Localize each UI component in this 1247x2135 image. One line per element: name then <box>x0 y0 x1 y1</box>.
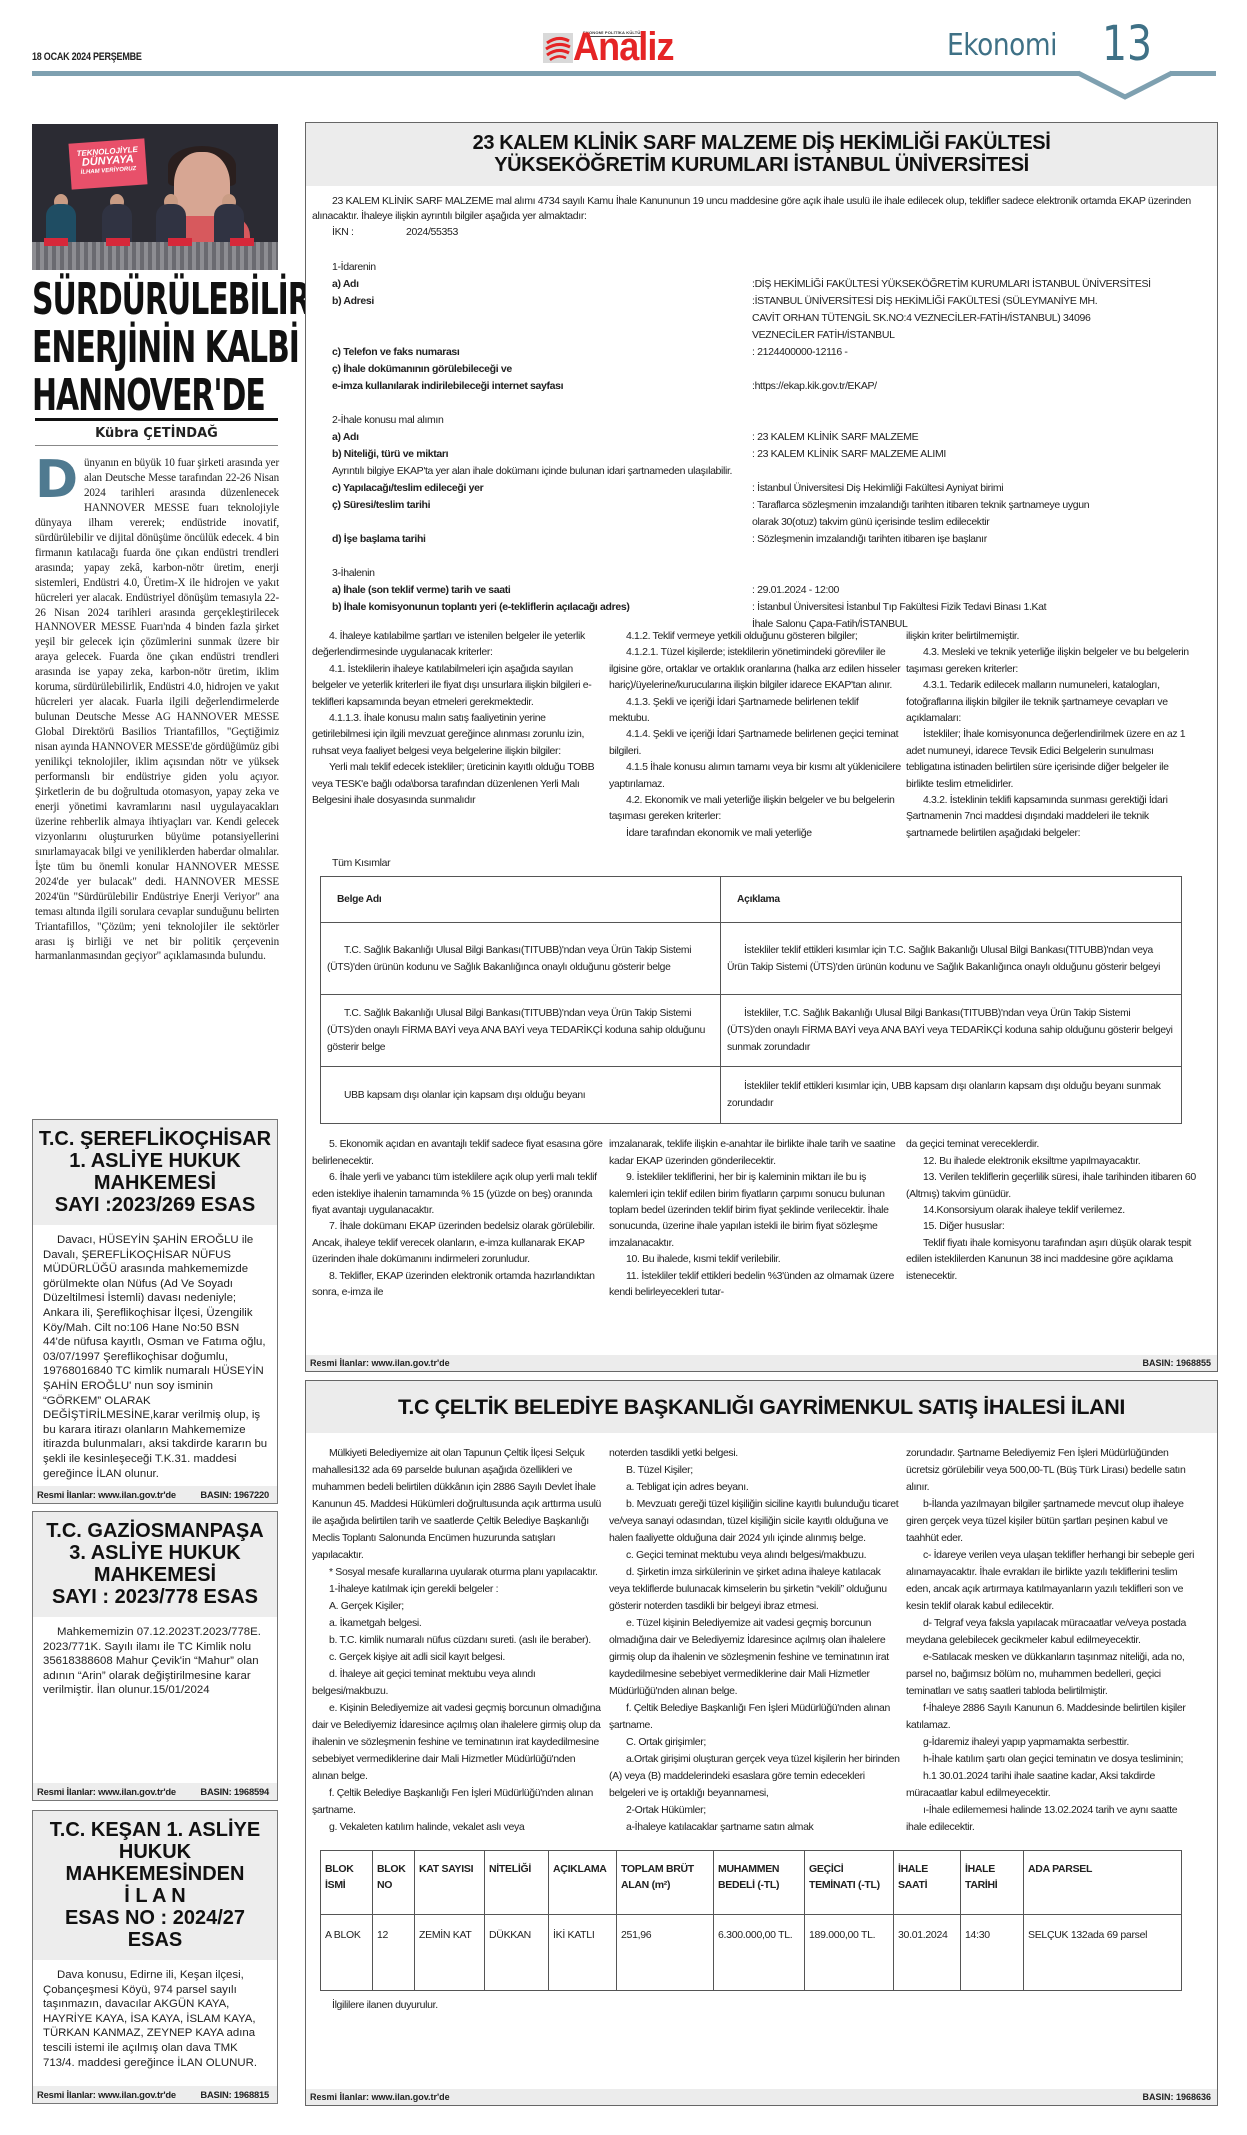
tender-press-number: BASIN: 1968855 <box>1142 1358 1211 1368</box>
byline-divider <box>35 418 278 421</box>
section-1-administration: 1-İdarenin a) Adı:DİŞ HEKİMLİĞİ FAKÜLTES… <box>312 259 1197 628</box>
notice-title: T.C. KEŞAN 1. ASLİYE HUKUK MAHKEMESİNDEN… <box>33 1811 277 1960</box>
header-rule-right <box>1170 71 1216 76</box>
table-header-row: Belge Adı Açıklama <box>321 877 1182 923</box>
tender-footer-link[interactable]: Resmi İlanlar: www.ilan.gov.tr'de <box>310 1358 450 1368</box>
table-header-row: BLOK İSMİ BLOK NO KAT SAYISI NİTELİĞİ AÇ… <box>321 1851 1182 1915</box>
conditions-col-2: 4.1.2. Teklif vermeye yetkili olduğunu g… <box>609 628 901 841</box>
celtik-closing: İlgililere ilanen duyurulur. <box>332 1997 1205 2014</box>
notice-kesan: T.C. KEŞAN 1. ASLİYE HUKUK MAHKEMESİNDEN… <box>32 1810 278 2104</box>
celtik-details: Mülkiyeti Belediyemize ait olan Tapunun … <box>306 1433 1217 2014</box>
property-table: BLOK İSMİ BLOK NO KAT SAYISI NİTELİĞİ AÇ… <box>320 1850 1182 1991</box>
table-row: UBB kapsam dışı olanlar için kapsam dışı… <box>321 1067 1182 1124</box>
celtik-col-3: zorundadır. Şartname Belediyemiz Fen İşl… <box>906 1445 1198 1836</box>
tender-footer: Resmi İlanlar: www.ilan.gov.tr'de BASIN:… <box>306 1355 1217 1371</box>
celtik-columns: Mülkiyeti Belediyemize ait olan Tapunun … <box>312 1445 1205 1836</box>
notice-gaziosmanpasa: T.C. GAZİOSMANPAŞA 3. ASLİYE HUKUK MAHKE… <box>32 1511 278 1801</box>
logo-wordmark: Analiz <box>573 27 674 67</box>
celtik-footer-link[interactable]: Resmi İlanlar: www.ilan.gov.tr'de <box>310 2092 450 2102</box>
tender-details: 23 KALEM KLİNİK SARF MALZEME mal alımı 4… <box>306 186 1217 1300</box>
tender-conditions-columns-2: 5. Ekonomik açıdan en avantajlı teklif s… <box>312 1136 1197 1300</box>
conditions-col-2: imzalanarak, teklife ilişkin e-anahtar i… <box>609 1136 901 1300</box>
notice-body: Davacı, HÜSEYİN ŞAHİN EROĞLU ile Davalı,… <box>33 1225 277 1487</box>
notice-press-number: BASIN: 1968815 <box>200 2089 269 2100</box>
notice-press-number: BASIN: 1967220 <box>200 1489 269 1500</box>
documents-table: Belge Adı Açıklama T.C. Sağlık Bakanlığı… <box>320 876 1182 1124</box>
header-rule <box>32 71 1079 76</box>
notice-footer-link[interactable]: Resmi İlanlar: www.ilan.gov.tr'de <box>37 1489 176 1500</box>
ekap-link[interactable]: :https://ekap.kik.gov.tr/EKAP/ <box>752 378 877 395</box>
ikn-value: 2024/55353 <box>406 224 458 241</box>
tender-conditions-columns-1: 4. İhaleye katılabilme şartları ve isten… <box>312 628 1197 841</box>
logo-swirl-icon <box>543 33 573 63</box>
article-headline: SÜRDÜRÜLEBİLİR ENERJİNİN KALBİ HANNOVER'… <box>32 276 278 420</box>
celtik-footer: Resmi İlanlar: www.ilan.gov.tr'de BASIN:… <box>306 2089 1217 2105</box>
notice-footer-link[interactable]: Resmi İlanlar: www.ilan.gov.tr'de <box>37 2089 176 2100</box>
newspaper-logo[interactable]: EKONOMİ POLİTİKA KÜLTÜR Analiz <box>543 30 711 64</box>
conditions-col-3: da geçici teminat vereceklerdir. 12. Bu … <box>906 1136 1198 1300</box>
issue-date: 18 OCAK 2024 PERŞEMBE <box>32 51 142 63</box>
notice-footer: Resmi İlanlar: www.ilan.gov.tr'de BASIN:… <box>33 1486 277 1503</box>
celtik-col-1: Mülkiyeti Belediyemize ait olan Tapunun … <box>312 1445 604 1836</box>
header-chevron-icon <box>1078 70 1173 102</box>
ikn-row: İKN : 2024/55353 <box>312 224 1197 242</box>
notice-title: T.C. ŞEREFLİKOÇHİSAR 1. ASLİYE HUKUK MAH… <box>33 1120 277 1225</box>
notice-footer: Resmi İlanlar: www.ilan.gov.tr'de BASIN:… <box>33 1783 277 1800</box>
conditions-col-1: 4. İhaleye katılabilme şartları ve isten… <box>312 628 604 841</box>
celtik-press-number: BASIN: 1968636 <box>1142 2092 1211 2102</box>
conditions-col-3: ilişkin kriter belirtilmemiştir. 4.3. Me… <box>906 628 1198 841</box>
conditions-col-1: 5. Ekonomik açıdan en avantajlı teklif s… <box>312 1136 604 1300</box>
notice-title: T.C. GAZİOSMANPAŞA 3. ASLİYE HUKUK MAHKE… <box>33 1512 277 1617</box>
page-number: 13 <box>1102 20 1152 68</box>
article-byline: Kübra ÇETİNDAĞ <box>35 426 278 441</box>
tender-title: 23 KALEM KLİNİK SARF MALZEME DİŞ HEKİMLİ… <box>306 123 1217 186</box>
notice-sereflikochisar: T.C. ŞEREFLİKOÇHİSAR 1. ASLİYE HUKUK MAH… <box>32 1119 278 1504</box>
tender-ad-dental: 23 KALEM KLİNİK SARF MALZEME DİŞ HEKİMLİ… <box>305 122 1218 1372</box>
dropcap: D <box>35 458 78 502</box>
notice-footer-link[interactable]: Resmi İlanlar: www.ilan.gov.tr'de <box>37 1786 176 1797</box>
notice-body: Mahkememizin 07.12.2023T.2023/778E. 2023… <box>33 1617 277 1704</box>
notice-body: Dava konusu, Edirne ili, Keşan ilçesi, Ç… <box>33 1960 277 2076</box>
table-caption: Tüm Kısımlar <box>332 855 1197 872</box>
article-photo: TEKNOLOJİYLE DÜNYAYA İLHAM VERİYORUZ <box>32 124 278 270</box>
photo-banner: TEKNOLOJİYLE DÜNYAYA İLHAM VERİYORUZ <box>68 138 147 189</box>
tender-intro: 23 KALEM KLİNİK SARF MALZEME mal alımı 4… <box>312 194 1197 224</box>
table-row: A BLOK 12 ZEMİN KAT DÜKKAN İKİ KATLI 251… <box>321 1915 1182 1991</box>
celtik-col-2: noterden tasdikli yetki belgesi. B. Tüze… <box>609 1445 901 1836</box>
table-row: T.C. Sağlık Bakanlığı Ulusal Bilgi Banka… <box>321 995 1182 1067</box>
section-title: Ekonomi <box>947 28 1057 63</box>
notice-footer: Resmi İlanlar: www.ilan.gov.tr'de BASIN:… <box>33 2086 277 2103</box>
byline-rule <box>35 445 278 446</box>
celtik-real-estate-ad: T.C ÇELTİK BELEDİYE BAŞKANLIĞI GAYRİMENK… <box>305 1380 1218 2106</box>
table-row: T.C. Sağlık Bakanlığı Ulusal Bilgi Banka… <box>321 923 1182 995</box>
article-body: Dünyanın en büyük 10 fuar şirketi arasın… <box>35 456 279 964</box>
celtik-title: T.C ÇELTİK BELEDİYE BAŞKANLIĞI GAYRİMENK… <box>306 1381 1217 1433</box>
notice-press-number: BASIN: 1968594 <box>200 1786 269 1797</box>
page-masthead: 18 OCAK 2024 PERŞEMBE EKONOMİ POLİTİKA K… <box>0 0 1247 110</box>
